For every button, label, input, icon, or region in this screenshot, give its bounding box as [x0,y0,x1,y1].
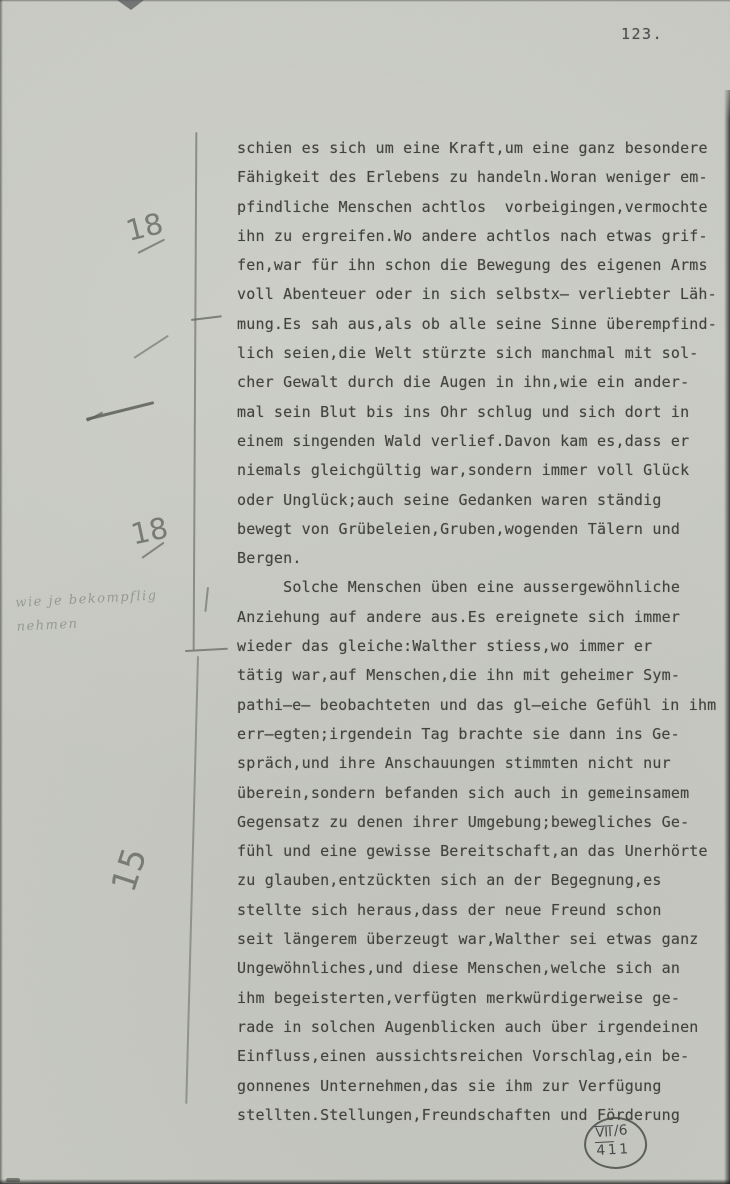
scan-edge-right [724,90,730,1184]
margin-slash-mark [133,335,168,359]
typed-line: fühl und eine gewisse Bereitschaft,an da… [237,837,717,866]
page-number: 123. [621,25,663,43]
margin-line-foot [185,648,228,652]
typed-line: ihn zu ergreifen.Wo andere achtlos nach … [237,222,717,251]
typed-line: niemals gleichgültig war,sondern immer v… [237,456,717,485]
typed-line: oder Unglück;auch seine Gedanken waren s… [237,486,717,515]
typed-line: Bergen. [237,544,717,573]
stamp-fraction-suffix: /6 [614,1122,628,1139]
typed-line: wieder das gleiche:Walther stiess,wo imm… [237,632,717,661]
typed-line: stellten.Stellungen,Freundschaften und F… [237,1101,717,1130]
typed-line: pfindliche Menschen achtlos vorbeigingen… [237,193,717,222]
typed-line: rade in solchen Augenblicken auch über i… [237,1013,717,1042]
typed-line: stellte sich heraus,dass der neue Freund… [237,896,717,925]
scan-edge-right-fade [724,60,730,120]
typed-line: Anziehung auf andere aus.Es ereignete si… [237,603,717,632]
scanned-document-page: 123. schien es sich um eine Kraft,um ein… [0,0,730,1184]
typed-line: schien es sich um eine Kraft,um eine gan… [237,134,717,163]
margin-vertical-line-bottom [185,656,198,1104]
typed-line: spräch,und ihre Anschauungen stimmten ni… [237,749,717,778]
typed-line: voll Abenteuer oder in sich selbstx̶ ver… [237,280,717,309]
margin-number-18-mid: 18 [128,511,171,552]
typed-line: gonnenes Unternehmen,das sie ihm zur Ver… [237,1072,717,1101]
stamp-number: 411 [596,1141,646,1158]
note-line-2: nehmen [16,616,79,634]
typed-line: fen,war für ihn schon die Bewegung des e… [237,251,717,280]
typed-line: Einfluss,einen aussichtsreichen Vorschla… [237,1042,717,1071]
typed-line: bewegt von Grübeleien,Gruben,wogenden Tä… [237,515,717,544]
typed-line: err̶egten;irgendein Tag brachte sie dann… [237,720,717,749]
scan-notch-artifact [117,0,144,10]
scan-edge-top [0,0,730,2]
typed-line: überein,sondern befanden sich auch in ge… [237,779,717,808]
stamp-fraction: VII /6 [594,1123,645,1143]
typed-line: Gegensatz zu denen ihrer Umgebung;bewegl… [237,808,717,837]
typed-line: ihm begeisterten,verfügten merkwürdigerw… [237,984,717,1013]
typed-line: Solche Menschen üben eine aussergewöhnli… [237,573,717,602]
note-line-1: wie je bekompflig [15,588,158,610]
margin-handwritten-note: wie je bekompflig nehmen [15,584,160,639]
margin-vertical-line-top [193,132,197,650]
typed-line: zu glauben,entzückten sich an der Begegn… [237,866,717,895]
stamp-roman-numeral: VII [594,1125,613,1143]
typed-line: tätig war,auf Menschen,die ihn mit gehei… [237,661,717,690]
typed-line: lich seien,die Welt stürzte sich manchma… [237,339,717,368]
margin-tick-small [204,587,208,612]
typed-line: mung.Es sah aus,als ob alle seine Sinne … [237,310,717,339]
scan-edge-left [0,0,3,1184]
margin-dash-stroke [86,401,155,421]
scan-edge-bottom [0,1179,730,1184]
typed-text-block: schien es sich um eine Kraft,um eine gan… [237,134,717,1130]
scan-corner-speck [6,1178,20,1182]
typed-line: pathi̶e̶ beobachteten und das gl̶eiche G… [237,691,717,720]
typed-line: cher Gewalt durch die Augen in ihn,wie e… [237,368,717,397]
typed-line: seit längerem überzeugt war,Walther sei … [237,925,717,954]
typed-line: mal sein Blut bis ins Ohr schlug und sic… [237,398,717,427]
typed-line: Fähigkeit des Erlebens zu handeln.Woran … [237,163,717,192]
typed-line: einem singenden Wald verlief.Davon kam e… [237,427,717,456]
typed-line: Ungewöhnliches,und diese Menschen,welche… [237,954,717,983]
margin-number-15: 15 [104,843,155,897]
